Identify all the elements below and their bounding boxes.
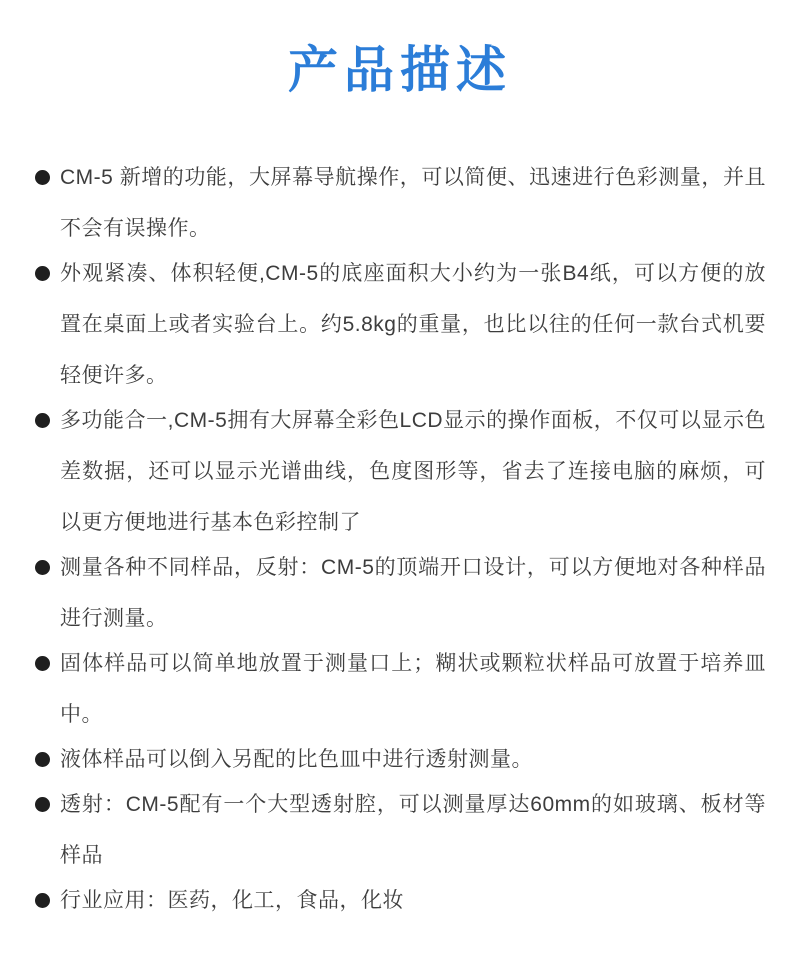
list-item: 液体样品可以倒入另配的比色皿中进行透射测量。 [0,734,800,785]
list-item-text: 透射：CM-5配有一个大型透射腔，可以测量厚达60mm的如玻璃、板材等样品 [60,793,766,867]
bullet-dot-icon [35,797,50,812]
bullet-dot-icon [35,413,50,428]
bullet-dot-icon [35,893,50,908]
list-item: 测量各种不同样品，反射：CM-5的顶端开口设计，可以方便地对各种样品进行测量。 [0,542,800,644]
list-item-text: 固体样品可以简单地放置于测量口上；糊状或颗粒状样品可放置于培养皿中。 [60,652,766,726]
list-item-text: 多功能合一,CM-5拥有大屏幕全彩色LCD显示的操作面板，不仅可以显示色差数据，… [60,409,766,534]
list-item-text: 外观紧凑、体积轻便,CM-5的底座面积大小约为一张B4纸，可以方便的放置在桌面上… [60,262,766,387]
list-item: 外观紧凑、体积轻便,CM-5的底座面积大小约为一张B4纸，可以方便的放置在桌面上… [0,248,800,401]
bullet-list: CM-5 新增的功能，大屏幕导航操作，可以简便、迅速进行色彩测量，并且不会有误操… [0,152,800,926]
bullet-dot-icon [35,170,50,185]
page-title: 产品描述 [0,0,800,102]
bullet-dot-icon [35,656,50,671]
list-item-text: 测量各种不同样品，反射：CM-5的顶端开口设计，可以方便地对各种样品进行测量。 [60,556,766,630]
bullet-dot-icon [35,752,50,767]
list-item-text: 液体样品可以倒入另配的比色皿中进行透射测量。 [60,748,533,771]
list-item: 固体样品可以简单地放置于测量口上；糊状或颗粒状样品可放置于培养皿中。 [0,638,800,740]
bullet-dot-icon [35,266,50,281]
list-item: 透射：CM-5配有一个大型透射腔，可以测量厚达60mm的如玻璃、板材等样品 [0,779,800,881]
list-item: 多功能合一,CM-5拥有大屏幕全彩色LCD显示的操作面板，不仅可以显示色差数据，… [0,395,800,548]
list-item: CM-5 新增的功能，大屏幕导航操作，可以简便、迅速进行色彩测量，并且不会有误操… [0,152,800,254]
list-item: 行业应用：医药，化工，食品，化妆 [0,875,800,926]
list-item-text: CM-5 新增的功能，大屏幕导航操作，可以简便、迅速进行色彩测量，并且不会有误操… [60,166,766,240]
list-item-text: 行业应用：医药，化工，食品，化妆 [60,889,404,912]
product-description-page: 产品描述 CM-5 新增的功能，大屏幕导航操作，可以简便、迅速进行色彩测量，并且… [0,0,800,961]
bullet-dot-icon [35,560,50,575]
